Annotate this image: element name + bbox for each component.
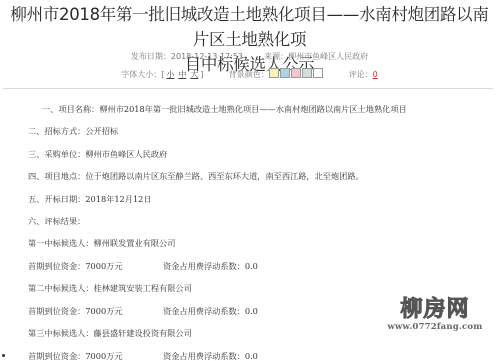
title-line-1: 柳州市2018年第一批旧城改造土地熟化项目——水南村炮团路以南片区土地熟化项 (4, 2, 495, 52)
comment-label: 评论： (349, 70, 373, 79)
candidate-3-label: 第三中标候选人：藤县盛轩建设投资有限公司 (28, 328, 192, 339)
bg-swatch-yellow[interactable] (269, 68, 279, 78)
article-title: 柳州市2018年第一批旧城改造土地熟化项目——水南村炮团路以南片区土地熟化项 目… (4, 2, 495, 77)
reading-toolbar: 字体大小：[小中大] 背景颜色： 评论：0 (0, 68, 499, 81)
candidate-2-label: 第二中标候选人：桂林建筑安装工程有限公司 (28, 283, 192, 294)
bg-swatch-gray[interactable] (302, 68, 312, 78)
bullet-dot (2, 354, 5, 357)
candidate-1-coefficient: 资金占用费浮动系数：0.0 (163, 261, 258, 272)
candidate-2-funds-row: 首期到位资金：7000万元 资金占用费浮动系数：0.0 (28, 306, 123, 317)
font-size-close: ] (200, 70, 203, 79)
item-purchaser: 三、采购单位：柳州市鱼峰区人民政府 (28, 149, 167, 160)
comment-count-link[interactable]: 0 (373, 70, 378, 79)
candidate-1-funds-row: 首期到位资金：7000万元 资金占用费浮动系数：0.0 (28, 261, 123, 272)
header-divider (3, 88, 493, 89)
candidate-3-coefficient: 资金占用费浮动系数：0.0 (163, 351, 258, 361)
item-bid-opening-date: 五、开标日期：2018年12月12日 (28, 194, 152, 205)
watermark-logo: 柳房网 (385, 298, 485, 322)
bg-color-label: 背景颜色： (229, 70, 269, 79)
watermark: 柳房网 www.0772fang.com (385, 298, 485, 340)
publish-date-label: 发布日期： (131, 51, 171, 63)
article-meta: 发布日期：2018-12-13 17:53 来源：柳州市鱼峰区人民政府 (0, 51, 499, 63)
candidate-2-funds: 首期到位资金：7000万元 (28, 306, 123, 316)
item-tender-method: 二、招标方式：公开招标 (28, 126, 118, 137)
candidate-1-label: 第一中标候选人：柳州联发置业有限公司 (28, 238, 175, 249)
candidate-3-funds: 首期到位资金：7000万元 (28, 351, 123, 361)
item-location: 四、项目地点：位于炮团路以南片区东至静兰路、西至东环大道，南至西江路，北至炮团路… (28, 171, 364, 182)
bg-swatch-pink[interactable] (291, 68, 301, 78)
bg-swatch-blue[interactable] (280, 68, 290, 78)
source-label: 来源： (264, 51, 288, 63)
candidate-3-funds-row: 首期到位资金：7000万元 资金占用费浮动系数：0.0 (28, 351, 123, 361)
font-size-small[interactable]: 小 (166, 70, 174, 79)
candidate-1-funds: 首期到位资金：7000万元 (28, 261, 123, 271)
font-size-large[interactable]: 大 (190, 70, 198, 79)
font-size-medium[interactable]: 中 (178, 70, 186, 79)
font-size-label: 字体大小：[ (121, 70, 164, 79)
item-project-name: 一、项目名称：柳州市2018年第一批旧城改造土地熟化项目——水南村炮团路以南片区… (42, 104, 407, 115)
candidate-2-coefficient: 资金占用费浮动系数：0.0 (163, 306, 258, 317)
source-value: 柳州市鱼峰区人民政府 (288, 51, 368, 63)
bg-swatch-white[interactable] (313, 68, 323, 78)
publish-date: 2018-12-13 17:53 (171, 51, 243, 63)
item-evaluation-result: 六、评标结果： (28, 216, 85, 227)
watermark-url: www.0772fang.com (385, 322, 485, 333)
